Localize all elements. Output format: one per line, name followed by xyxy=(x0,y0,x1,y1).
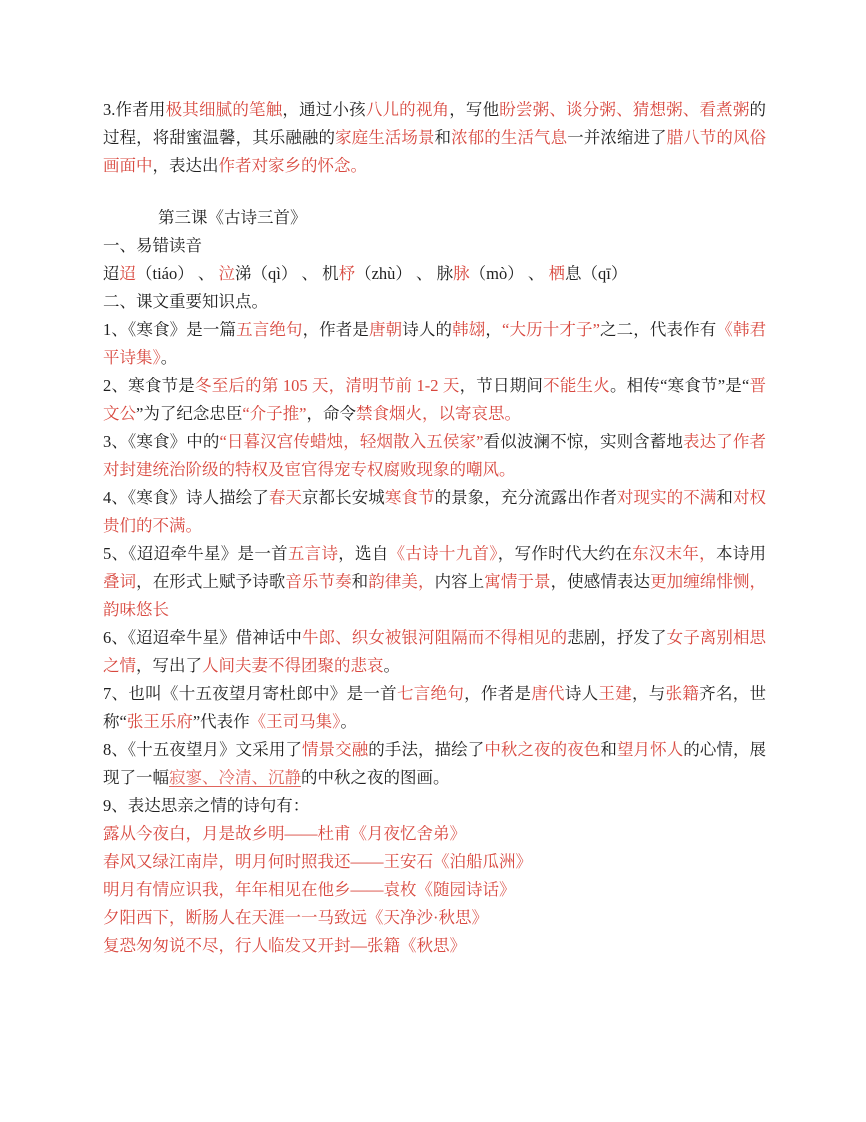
section-2-heading: 二、课文重要知识点。 xyxy=(103,288,766,316)
text-segment: ，节日期间 xyxy=(460,376,544,395)
text-segment: 8、《十五夜望月》文采用了 xyxy=(103,740,302,759)
point-2-hanshi-festival: 2、寒食节是冬至后的第 105 天，清明节前 1-2 天，节日期间不能生火。相传… xyxy=(103,372,766,428)
text-segment: 栖 xyxy=(549,264,566,283)
poem-line-wanganshi: 春风又绿江南岸，明月何时照我还——王安石《泊船瓜洲》 xyxy=(103,848,766,876)
text-segment: ，命令 xyxy=(306,404,356,423)
text-segment: 第三课《古诗三首》 xyxy=(158,208,307,227)
text-segment: 寓情于景 xyxy=(484,572,550,591)
text-segment: 脉 xyxy=(453,264,470,283)
text-segment: 家庭生活场景 xyxy=(335,128,434,147)
text-segment: 之二，代表作有 xyxy=(600,320,716,339)
text-segment: （tiáo） 、 xyxy=(136,264,219,283)
text-segment: “大历十才子” xyxy=(502,320,600,339)
text-segment: ，选自 xyxy=(338,544,388,563)
text-segment: 3、《寒食》中的 xyxy=(103,432,219,451)
text-segment: 极其细腻的笔触 xyxy=(166,100,283,119)
text-segment: 春风又绿江南岸，明月何时照我还——王安石《泊船瓜洲》 xyxy=(103,852,532,871)
text-segment: 杼 xyxy=(339,264,356,283)
text-segment: ”为了纪念忠臣 xyxy=(136,404,242,423)
text-segment: 。 xyxy=(340,712,357,731)
text-segment: ，表达出 xyxy=(153,156,219,175)
point-8-shiwuye-technique: 8、《十五夜望月》文采用了情景交融的手法，描绘了中秋之夜的夜色和望月怀人的心情，… xyxy=(103,736,766,792)
text-segment: ，作者是 xyxy=(464,684,531,703)
text-segment: ，在形式上赋予诗歌 xyxy=(136,572,285,591)
text-segment: 牛郎、织女被银河阻隔而不得相见的 xyxy=(302,628,567,647)
section-1-heading: 一、易错读音 xyxy=(103,232,766,260)
text-segment: ，写他 xyxy=(449,100,499,119)
text-segment: 唐代 xyxy=(531,684,565,703)
pronunciation-list: 迢迢（tiáo） 、 泣涕（qì） 、 机杼（zhù） 、 脉脉（mò） 、 栖… xyxy=(103,260,766,288)
text-segment: 望月怀人 xyxy=(617,740,683,759)
lesson-3-heading: 第三课《古诗三首》 xyxy=(103,204,766,232)
text-segment: 情景交融 xyxy=(302,740,368,759)
text-segment: 五言绝句 xyxy=(236,320,302,339)
text-segment: 七言绝句 xyxy=(397,684,464,703)
point-3-hanshi-satire: 3、《寒食》中的“日暮汉宫传蜡烛，轻烟散入五侯家”看似波澜不惊，实则含蓄地表达了… xyxy=(103,428,766,484)
text-segment: 八儿的视角 xyxy=(366,100,449,119)
text-segment: 9、表达思亲之情的诗句有： xyxy=(103,796,309,815)
text-segment: 对现实的不满 xyxy=(617,488,716,507)
text-segment: ，与 xyxy=(632,684,666,703)
text-segment: 禁食烟火，以寄哀思。 xyxy=(356,404,521,423)
text-segment: 王建 xyxy=(598,684,632,703)
text-segment: 5、《迢迢牵牛星》是一首 xyxy=(103,544,288,563)
text-segment: 京都长安城 xyxy=(302,488,385,507)
text-segment: 韵律美， xyxy=(368,572,434,591)
text-segment: 人间夫妻不得团聚的悲哀 xyxy=(202,656,384,675)
text-segment: 《王司马集》 xyxy=(250,712,341,731)
point-1-hanshi-author: 1、《寒食》是一篇五言绝句，作者是唐朝诗人的韩翃，“大历十才子”之二，代表作有《… xyxy=(103,316,766,372)
text-segment: 。相传“寒食节”是“ xyxy=(610,376,749,395)
text-segment: 唐朝 xyxy=(369,320,402,339)
document-page: 3.作者用极其细腻的笔触，通过小孩八儿的视角，写他盼尝粥、谈分粥、猜想粥、看煮粥… xyxy=(0,0,866,1122)
text-segment: 迢 xyxy=(120,264,137,283)
poem-line-mazhiyuan: 夕阳西下，断肠人在天涯一一马致远《天净沙·秋思》 xyxy=(103,904,766,932)
text-segment: 盼尝粥、谈分粥、猜想粥、看煮粥 xyxy=(499,100,749,119)
point-5-tiaotiao-form: 5、《迢迢牵牛星》是一首五言诗，选自《古诗十九首》，写作时代大约在东汉末年，本诗… xyxy=(103,540,766,624)
poem-line-yuanmei: 明月有情应识我，年年相见在他乡——袁枚《随园诗话》 xyxy=(103,876,766,904)
text-segment: 的景象，充分流露出作者 xyxy=(435,488,617,507)
text-segment: 的中秋之夜的图画。 xyxy=(301,768,450,787)
text-segment: 二、课文重要知识点。 xyxy=(103,292,268,311)
text-segment: 涕（qì） 、 机 xyxy=(235,264,339,283)
text-segment: 露从今夜白，月是故乡明——杜甫《月夜忆舍弟》 xyxy=(103,824,466,843)
text-segment: 春天 xyxy=(269,488,302,507)
document-body: 3.作者用极其细腻的笔触，通过小孩八儿的视角，写他盼尝粥、谈分粥、猜想粥、看煮粥… xyxy=(103,96,766,960)
poem-line-zhangji: 复恐匆匆说不尽，行人临发又开封—张籍《秋思》 xyxy=(103,932,766,960)
text-segment: 张王乐府 xyxy=(127,712,193,731)
text-segment: 本诗用 xyxy=(716,544,766,563)
text-segment: 和 xyxy=(600,740,617,759)
text-segment: 内容上 xyxy=(435,572,485,591)
text-segment: 中秋之夜的夜色 xyxy=(484,740,600,759)
text-segment: （mò） 、 xyxy=(470,264,549,283)
text-segment: 3.作者用 xyxy=(103,100,166,119)
point-6-tiaotiao-myth: 6、《迢迢牵牛星》借神话中牛郎、织女被银河阻隔而不得相见的悲剧，抒发了女子离别相… xyxy=(103,624,766,680)
text-segment: 诗人 xyxy=(565,684,599,703)
text-segment: 寂寥、冷清、沉静 xyxy=(169,768,301,787)
text-segment: ，使感情表达 xyxy=(551,572,650,591)
text-segment: 和 xyxy=(352,572,369,591)
text-segment: 寒食节 xyxy=(385,488,435,507)
text-segment: 明月有情应识我，年年相见在他乡——袁枚《随园诗话》 xyxy=(103,880,516,899)
text-segment: 一并浓缩进了 xyxy=(567,128,666,147)
text-segment: 张籍 xyxy=(666,684,700,703)
text-segment: 悲剧，抒发了 xyxy=(567,628,666,647)
text-segment: 。 xyxy=(384,656,401,675)
point-4-hanshi-scene: 4、《寒食》诗人描绘了春天京都长安城寒食节的景象，充分流露出作者对现实的不满和对… xyxy=(103,484,766,540)
text-segment: 复恐匆匆说不尽，行人临发又开封—张籍《秋思》 xyxy=(103,936,466,955)
text-segment: 4、《寒食》诗人描绘了 xyxy=(103,488,269,507)
text-segment: ，写作时代大约在 xyxy=(498,544,632,563)
text-segment: 夕阳西下，断肠人在天涯一一马致远《天净沙·秋思》 xyxy=(103,908,488,927)
text-segment: “介子推” xyxy=(242,404,306,423)
text-segment: ， xyxy=(485,320,502,339)
text-segment: 2、寒食节是 xyxy=(103,376,195,395)
text-segment: “日暮汉宫传蜡烛，轻烟散入五侯家” xyxy=(219,432,483,451)
poem-line-dufu: 露从今夜白，月是故乡明——杜甫《月夜忆舍弟》 xyxy=(103,820,766,848)
text-segment: 和 xyxy=(435,128,452,147)
text-segment: ，通过小孩 xyxy=(282,100,365,119)
text-segment: ，作者是 xyxy=(303,320,369,339)
text-segment: 诗人的 xyxy=(402,320,452,339)
text-segment: 一、易错读音 xyxy=(103,236,202,255)
text-segment: 1、《寒食》是一篇 xyxy=(103,320,236,339)
text-segment: 韩翃 xyxy=(452,320,485,339)
text-segment: ”代表作 xyxy=(193,712,250,731)
text-segment: 6、《迢迢牵牛星》借神话中 xyxy=(103,628,302,647)
text-segment: 迢 xyxy=(103,264,120,283)
text-segment: 7、也叫《十五夜望月寄杜郎中》是一首 xyxy=(103,684,397,703)
text-segment: 的手法，描绘了 xyxy=(368,740,484,759)
item-3-labazhou-summary: 3.作者用极其细腻的笔触，通过小孩八儿的视角，写他盼尝粥、谈分粥、猜想粥、看煮粥… xyxy=(103,96,766,180)
point-7-shiwuye-author: 7、也叫《十五夜望月寄杜郎中》是一首七言绝句，作者是唐代诗人王建，与张籍齐名，世… xyxy=(103,680,766,736)
text-segment: 《古诗十九首》 xyxy=(389,544,498,563)
text-segment: 作者对家乡的怀念。 xyxy=(219,156,368,175)
text-segment: 音乐节奏 xyxy=(285,572,351,591)
text-segment: 和 xyxy=(716,488,733,507)
text-segment: 。 xyxy=(161,348,178,367)
text-segment: 看似波澜不惊，实则含蓄地 xyxy=(484,432,684,451)
text-segment: 不能生火 xyxy=(543,376,610,395)
text-segment: 冬至后的第 105 天，清明节前 1-2 天 xyxy=(195,376,460,395)
text-segment: 息（qī） xyxy=(565,264,627,283)
text-segment: 叠词 xyxy=(103,572,136,591)
text-segment: 泣 xyxy=(219,264,236,283)
point-9-heading: 9、表达思亲之情的诗句有： xyxy=(103,792,766,820)
text-segment: 东汉末年， xyxy=(632,544,716,563)
text-segment: 五言诗 xyxy=(288,544,338,563)
text-segment: ，写出了 xyxy=(136,656,202,675)
text-segment: （zhù） 、 脉 xyxy=(355,264,453,283)
text-segment: 浓郁的生活气息 xyxy=(451,128,567,147)
